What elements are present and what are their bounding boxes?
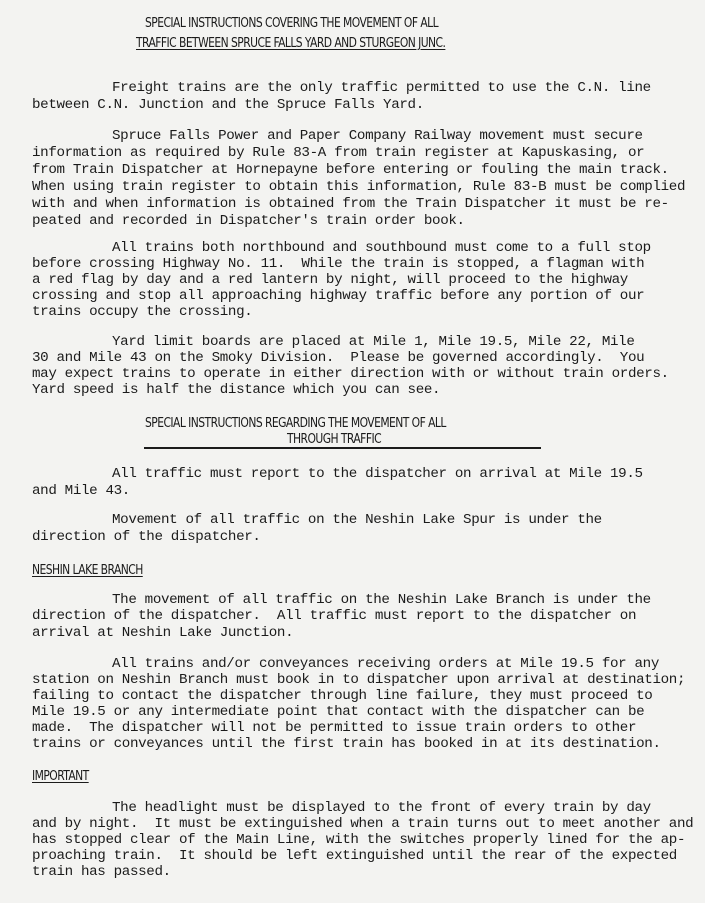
paragraph-5-line: and Mile 43. (32, 483, 130, 500)
heading-1-line-2: TRAFFIC BETWEEN SPRUCE FALLS YARD AND ST… (136, 35, 445, 52)
paragraph-8-line: trains or conveyances until the first tr… (32, 736, 661, 753)
paragraph-2-line: peated and recorded in Dispatcher's trai… (32, 213, 465, 230)
paragraph-4-line: Yard speed is half the distance which yo… (32, 382, 440, 399)
heading-2-line-2: THROUGH TRAFFIC (287, 431, 381, 448)
paragraph-2-line: When using train register to obtain this… (32, 179, 685, 196)
paragraph-3-line: trains occupy the crossing. (32, 304, 252, 321)
paragraph-8-line: station on Neshin Branch must book in to… (32, 672, 685, 689)
paragraph-9-line: and by night. It must be extinguished wh… (32, 816, 693, 833)
paragraph-7-line: The movement of all traffic on the Neshi… (112, 592, 651, 609)
paragraph-2-line: from Train Dispatcher at Hornepayne befo… (32, 162, 669, 179)
paragraph-2-line: information as required by Rule 83-A fro… (32, 145, 644, 162)
paragraph-3-line: before crossing Highway No. 11. While th… (32, 256, 644, 273)
heading-2-underline (144, 447, 541, 449)
paragraph-9-line: proaching train. It should be left extin… (32, 848, 677, 865)
paragraph-4-line: Yard limit boards are placed at Mile 1, … (112, 334, 635, 351)
paragraph-2-line: Spruce Falls Power and Paper Company Rai… (112, 128, 643, 145)
paragraph-3-line: All trains both northbound and southboun… (112, 240, 651, 257)
paragraph-7-line: direction of the dispatcher. All traffic… (32, 608, 636, 625)
paragraph-2-line: with and when information is obtained fr… (32, 196, 669, 213)
paragraph-7-line: arrival at Neshin Lake Junction. (32, 625, 293, 642)
paragraph-3-line: crossing and stop all approaching highwa… (32, 288, 644, 305)
document-page: SPECIAL INSTRUCTIONS COVERING THE MOVEME… (0, 0, 705, 903)
paragraph-8-line: All trains and/or conveyances receiving … (112, 656, 659, 673)
paragraph-8-line: made. The dispatcher will not be permitt… (32, 720, 636, 737)
paragraph-6-line: Movement of all traffic on the Neshin La… (112, 512, 602, 529)
paragraph-3-line: a red flag by day and a red lantern by n… (32, 272, 628, 289)
paragraph-8-line: Mile 19.5 or any intermediate point that… (32, 704, 644, 721)
paragraph-4-line: 30 and Mile 43 on the Smoky Division. Pl… (32, 350, 644, 367)
heading-1-line-1: SPECIAL INSTRUCTIONS COVERING THE MOVEME… (145, 15, 438, 32)
subheading-important: IMPORTANT (32, 768, 89, 785)
paragraph-1-line: between C.N. Junction and the Spruce Fal… (32, 97, 424, 114)
paragraph-5-line: All traffic must report to the dispatche… (112, 466, 643, 483)
paragraph-8-line: failing to contact the dispatcher throug… (32, 688, 652, 705)
subheading-neshin-lake-branch: NESHIN LAKE BRANCH (32, 562, 143, 579)
paragraph-4-line: may expect trains to operate in either d… (32, 366, 669, 383)
paragraph-9-line: has stopped clear of the Main Line, with… (32, 832, 685, 849)
paragraph-6-line: direction of the dispatcher. (32, 529, 261, 546)
paragraph-9-line: train has passed. (32, 864, 171, 881)
paragraph-1-line: Freight trains are the only traffic perm… (112, 80, 651, 97)
heading-2-line-1: SPECIAL INSTRUCTIONS REGARDING THE MOVEM… (145, 415, 446, 432)
paragraph-9-line: The headlight must be displayed to the f… (112, 800, 651, 817)
